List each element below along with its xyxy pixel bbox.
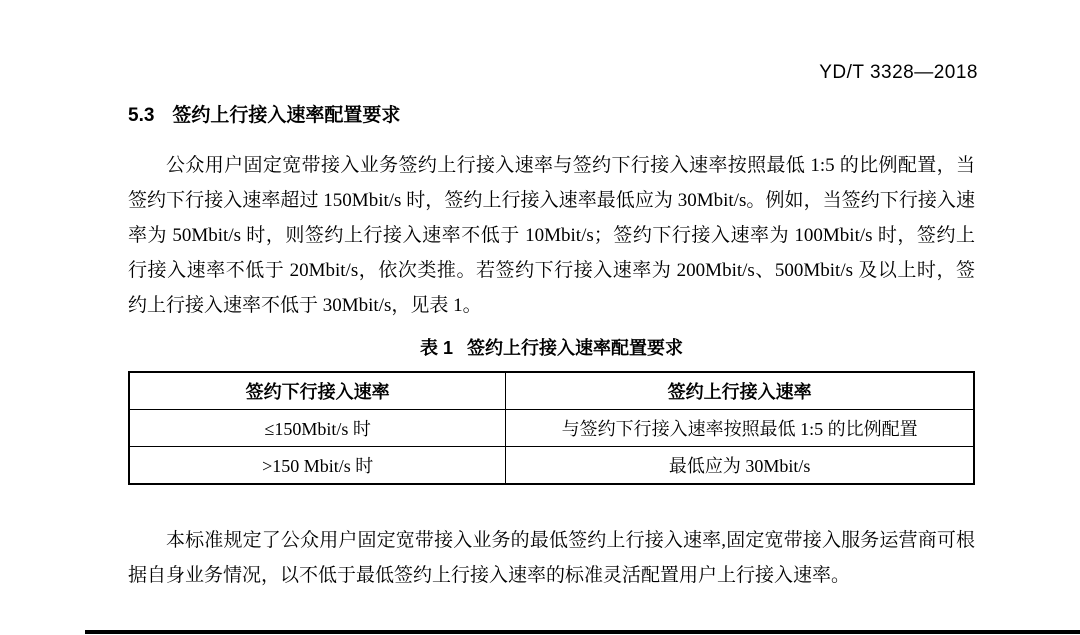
table-cell-downstream: ≤150Mbit/s 时 — [129, 410, 506, 447]
table-header-upstream: 签约上行接入速率 — [506, 372, 974, 410]
table-row: >150 Mbit/s 时 最低应为 30Mbit/s — [129, 447, 974, 485]
paragraph-requirements: 公众用户固定宽带接入业务签约上行接入速率与签约下行接入速率按照最低 1:5 的比… — [128, 148, 975, 323]
table-header-downstream: 签约下行接入速率 — [129, 372, 506, 410]
document-page: YD/T 3328—2018 5.3签约上行接入速率配置要求 公众用户固定宽带接… — [0, 0, 1080, 635]
table-caption-label: 表 1 — [420, 338, 453, 358]
section-title: 签约上行接入速率配置要求 — [172, 105, 400, 126]
footer-rule — [85, 630, 1080, 634]
table-cell-upstream: 与签约下行接入速率按照最低 1:5 的比例配置 — [506, 410, 974, 447]
section-number: 5.3 — [128, 105, 154, 126]
page-content: 5.3签约上行接入速率配置要求 公众用户固定宽带接入业务签约上行接入速率与签约下… — [128, 102, 975, 593]
speed-table: 签约下行接入速率 签约上行接入速率 ≤150Mbit/s 时 与签约下行接入速率… — [128, 371, 975, 485]
table-row: ≤150Mbit/s 时 与签约下行接入速率按照最低 1:5 的比例配置 — [129, 410, 974, 447]
table-cell-downstream: >150 Mbit/s 时 — [129, 447, 506, 485]
section-heading: 5.3签约上行接入速率配置要求 — [128, 102, 975, 130]
table-caption: 表 1签约上行接入速率配置要求 — [128, 335, 975, 361]
table-header-row: 签约下行接入速率 签约上行接入速率 — [129, 372, 974, 410]
doc-number: YD/T 3328—2018 — [819, 62, 978, 84]
table-caption-title: 签约上行接入速率配置要求 — [467, 338, 683, 358]
table-cell-upstream: 最低应为 30Mbit/s — [506, 447, 974, 485]
paragraph-summary: 本标准规定了公众用户固定宽带接入业务的最低签约上行接入速率,固定宽带接入服务运营… — [128, 523, 975, 593]
